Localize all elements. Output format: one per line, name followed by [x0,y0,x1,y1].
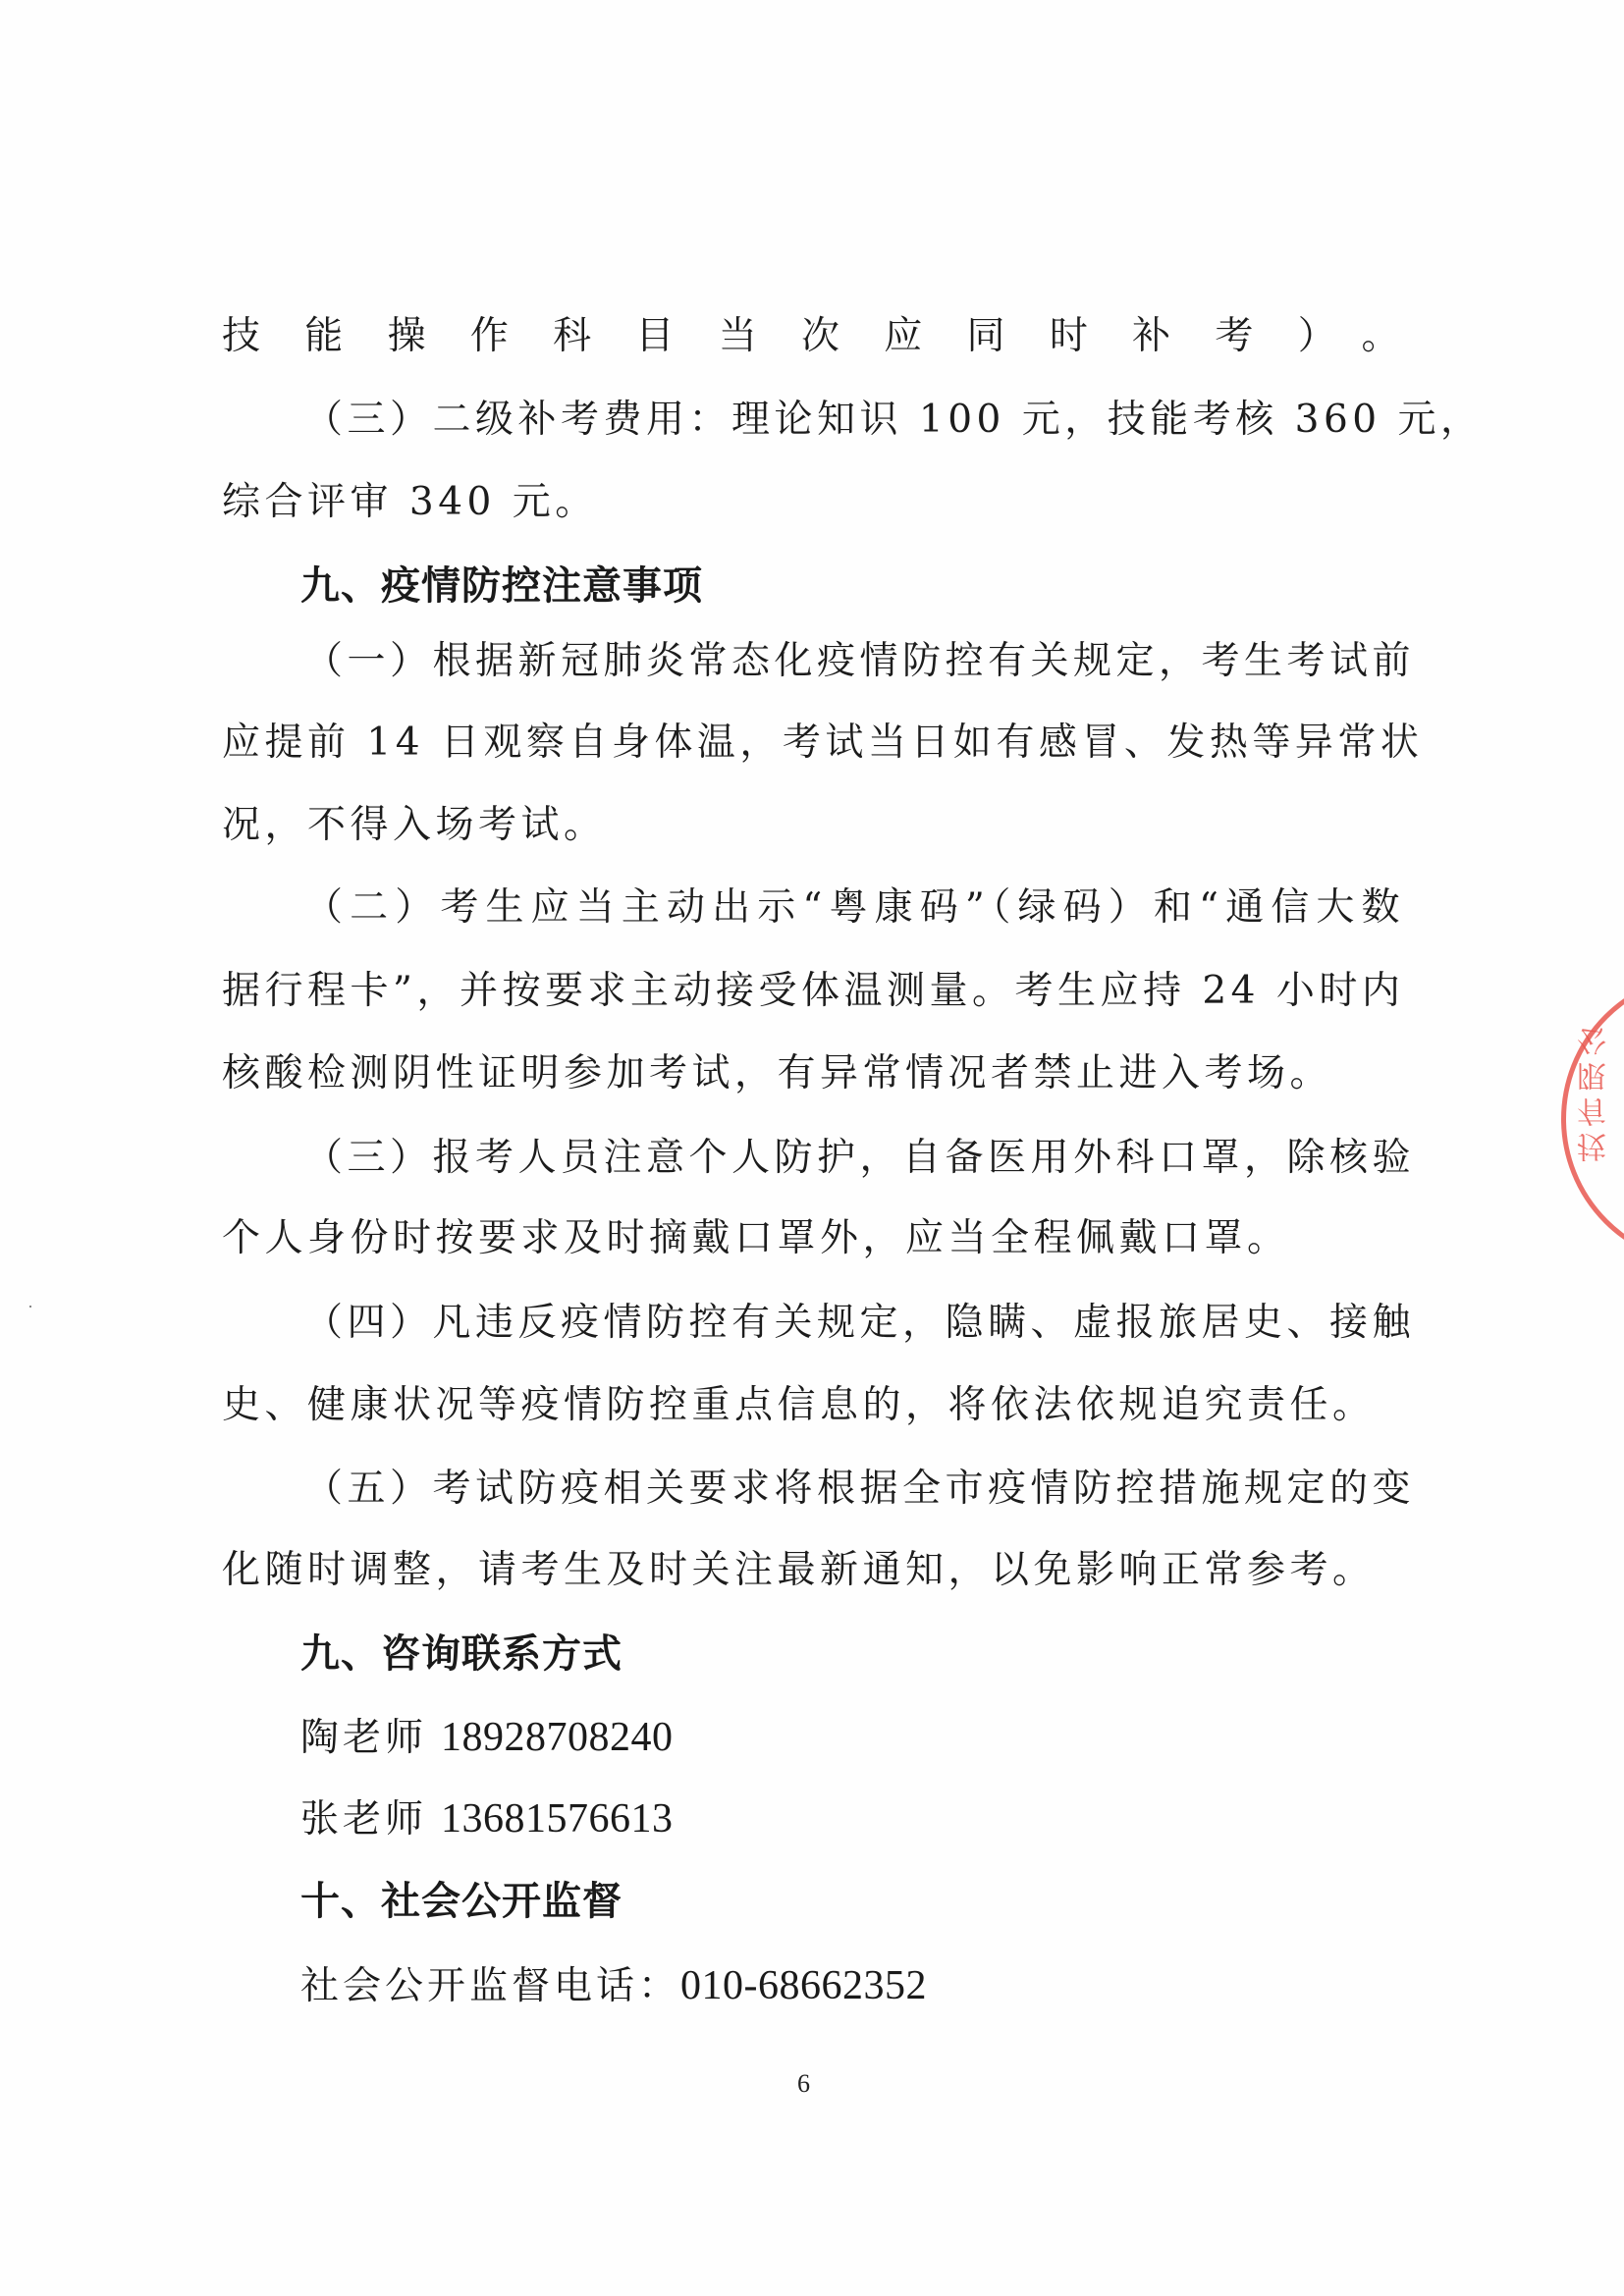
paragraph-line: 据行程卡”，并按要求主动接受体温测量。考生应持 24 小时内 [222,968,1404,1015]
paragraph-line: （四）凡违反疫情防控有关规定，隐瞒、虚报旅居史、接触 [304,1300,1404,1347]
contact-row: 张老师13681576613 [300,1795,674,1843]
official-seal-stamp: 技有限公 [1561,972,1624,1266]
paragraph-line: 个人身份时按要求及时摘戴口罩外，应当全程佩戴口罩。 [222,1215,1290,1262]
paragraph-line: 史、健康状况等疫情防控重点信息的，将依法依规追究责任。 [222,1382,1376,1429]
seal-text: 技有限公 [1575,1021,1608,1162]
paragraph-line: （二）考生应当主动出示“粤康码”（绿码）和“通信大数 [304,884,1404,932]
section-heading-public-supervision: 十、社会公开监督 [300,1878,623,1925]
paragraph-line: 综合评审 340 元。 [222,479,598,526]
paragraph-line: 况，不得入场考试。 [222,802,607,849]
page-number: 6 [797,2069,810,2099]
paragraph-line: （五）考试防疫相关要求将根据全市疫情防控措施规定的变 [304,1466,1404,1513]
contact-phone: 13681576613 [441,1796,674,1842]
supervision-label: 社会公开监督电话： [300,1964,680,2008]
document-page: 技能操作科目当次应同时补考）。 （三）二级补考费用：理论知识 100 元，技能考… [0,0,1624,2296]
contact-row: 陶老师18928708240 [300,1714,674,1762]
contact-name: 张老师 [300,1797,427,1842]
paragraph-line: 核酸检测阴性证明参加考试，有异常情况者禁止进入考场。 [222,1050,1332,1097]
contact-name: 陶老师 [300,1716,427,1760]
paragraph-line: 化随时调整，请考生及时关注最新通知，以免影响正常参考。 [222,1547,1376,1594]
section-heading-epidemic-prevention: 九、疫情防控注意事项 [300,562,703,610]
paragraph-line: （三）二级补考费用：理论知识 100 元，技能考核 360 元， [304,397,1404,444]
contact-phone: 18928708240 [441,1715,674,1760]
paragraph-line: 应提前 14 日观察自身体温，考试当日如有感冒、发热等异常状 [222,720,1404,767]
paragraph-line: （三）报考人员注意个人防护，自备医用外科口罩，除核验 [304,1135,1404,1182]
supervision-phone-row: 社会公开监督电话：010-68662352 [300,1962,927,2010]
scan-speck [29,1306,31,1308]
supervision-phone: 010-68662352 [680,1963,927,2008]
paragraph-line: 技能操作科目当次应同时补考）。 [222,313,1404,360]
section-heading-contact: 九、咨询联系方式 [300,1630,623,1678]
paragraph-line: （一）根据新冠肺炎常态化疫情防控有关规定，考生考试前 [304,638,1404,685]
